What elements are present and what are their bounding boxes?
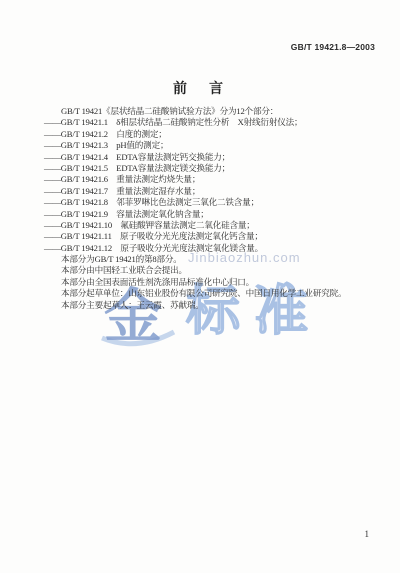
- part-list-item: ——GB/T 19421.7 重量法测定湿存水量；: [44, 186, 376, 197]
- closing-paragraph: 本部分起草单位：山东铝业股份有限公司研究院、中国日用化学工业研究院。: [44, 288, 376, 299]
- closing-paragraph: 本部分主要起草人：王云霞、苏献瑞。: [44, 300, 376, 311]
- standard-number: GB/T 19421.8—2003: [291, 42, 375, 52]
- part-list-item: ——GB/T 19421.12 原子吸收分光光度法测定氧化镁含量。: [44, 243, 376, 254]
- body-text: GB/T 19421《层状结晶二硅酸钠试验方法》分为12个部分： ——GB/T …: [44, 106, 376, 311]
- part-list-item: ——GB/T 19421.5 EDTA容量法测定镁交换能力；: [44, 163, 376, 174]
- page-number: 1: [365, 529, 370, 539]
- part-list-item: ——GB/T 19421.2 白度的测定；: [44, 129, 376, 140]
- page-content: GB/T 19421.8—2003 前 言 GB/T 19421《层状结晶二硅酸…: [0, 0, 400, 573]
- closing-paragraphs: 本部分为GB/T 19421的第8部分。本部分由中国轻工业联合会提出。本部分由全…: [44, 254, 376, 311]
- part-list-item: ——GB/T 19421.3 pH值的测定；: [44, 140, 376, 151]
- part-list-item: ——GB/T 19421.11 原子吸收分光光度法测定氧化钙含量；: [44, 231, 376, 242]
- part-list-item: ——GB/T 19421.6 重量法测定灼烧失量；: [44, 174, 376, 185]
- parts-list: ——GB/T 19421.1 δ相层状结晶二硅酸钠定性分析 X射线衍射仪法；——…: [44, 117, 376, 254]
- page-title: 前 言: [0, 78, 400, 98]
- document-page: Jinbiaozhun.com 金 标准 GB/T 19421.8—2003 前…: [0, 0, 400, 573]
- intro-paragraph: GB/T 19421《层状结晶二硅酸钠试验方法》分为12个部分：: [44, 106, 376, 117]
- closing-paragraph: 本部分由中国轻工业联合会提出。: [44, 265, 376, 276]
- closing-paragraph: 本部分由全国表面活性剂洗涤用品标准化中心归口。: [44, 277, 376, 288]
- part-list-item: ——GB/T 19421.4 EDTA容量法测定钙交换能力；: [44, 152, 376, 163]
- part-list-item: ——GB/T 19421.9 容量法测定氧化钠含量；: [44, 209, 376, 220]
- part-list-item: ——GB/T 19421.10 氟硅酸钾容量法测定二氧化硅含量；: [44, 220, 376, 231]
- closing-paragraph: 本部分为GB/T 19421的第8部分。: [44, 254, 376, 265]
- part-list-item: ——GB/T 19421.8 邻菲罗啉比色法测定三氧化二铁含量；: [44, 197, 376, 208]
- part-list-item: ——GB/T 19421.1 δ相层状结晶二硅酸钠定性分析 X射线衍射仪法；: [44, 117, 376, 128]
